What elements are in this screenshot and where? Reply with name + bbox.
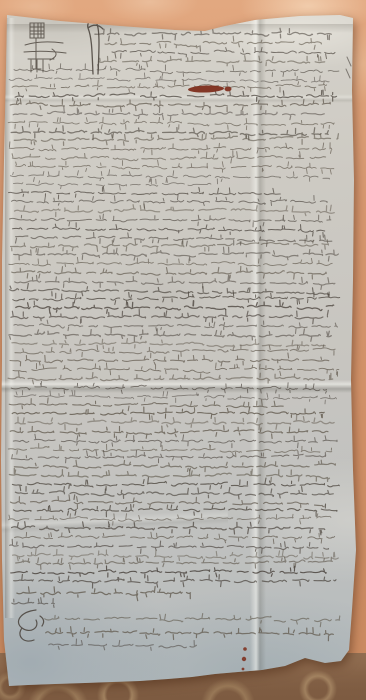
manuscript-text-line	[14, 390, 336, 404]
manuscript-text-line	[14, 575, 336, 589]
manuscript-text-line	[14, 247, 339, 261]
manuscript-text-line	[14, 64, 339, 77]
manuscript-text-line	[15, 90, 336, 101]
manuscript-text-line	[11, 381, 326, 393]
manuscript-text-line	[9, 257, 333, 266]
manuscript-text-line	[12, 267, 326, 280]
seal-hole	[242, 657, 246, 661]
manuscript-text-line-short	[12, 598, 55, 608]
manuscript-text-line	[9, 514, 331, 525]
manuscript-text-line	[12, 339, 325, 351]
manuscript-text-line	[12, 478, 339, 492]
ink-layer	[0, 0, 366, 700]
manuscript-text-line	[10, 214, 331, 227]
manuscript-text-line	[15, 487, 333, 500]
manuscript-text-line	[10, 539, 329, 553]
margin-slash	[347, 57, 351, 66]
manuscript-text-line	[15, 160, 334, 174]
manuscript-text-line	[13, 363, 339, 376]
manuscript-text-line	[112, 46, 335, 59]
manuscript-text-line	[11, 566, 326, 578]
manuscript-text-line	[8, 117, 334, 130]
manuscript-text-line	[105, 36, 321, 49]
manuscript-text-line	[9, 398, 283, 411]
parchment-sheet	[0, 0, 366, 700]
opening-initial	[88, 21, 103, 74]
subscription-text-line	[45, 614, 340, 627]
manuscript-text-line	[8, 372, 333, 384]
manuscript-text-line	[15, 415, 334, 429]
manuscript-photograph	[0, 0, 366, 700]
seal-hole	[243, 647, 247, 651]
manuscript-text-line	[16, 557, 333, 569]
manuscript-text-line	[99, 56, 325, 67]
subscription-text-line	[46, 627, 334, 641]
manuscript-text-line	[10, 170, 329, 184]
manuscript-text-line	[12, 151, 326, 163]
notarial-sign	[24, 23, 66, 72]
manuscript-text-line	[11, 310, 328, 324]
manuscript-text-line	[9, 328, 331, 341]
manuscript-text-line	[9, 73, 329, 83]
manuscript-text-line	[12, 522, 325, 535]
manuscript-text-line	[13, 434, 337, 447]
manuscript-text-line	[14, 133, 338, 146]
manuscript-text-line	[16, 300, 334, 313]
manuscript-text-line	[9, 142, 332, 155]
subscription-text-line	[49, 639, 197, 650]
manuscript-text-line	[12, 80, 327, 92]
manuscript-text-line	[10, 99, 330, 112]
manuscript-text-line	[9, 468, 329, 481]
manuscript-text-line	[10, 353, 329, 366]
manuscript-text-line	[15, 532, 335, 544]
manuscript-text-line	[95, 28, 331, 40]
manuscript-text-line	[8, 444, 331, 457]
parchment-shadow-wrap	[0, 0, 366, 700]
manuscript-text-line-short	[17, 587, 191, 601]
subscription-initial	[18, 610, 43, 641]
manuscript-text-line	[14, 320, 338, 333]
seal-hole	[242, 668, 245, 671]
manuscript-text-line	[11, 495, 325, 509]
manuscript-text-line	[10, 426, 328, 439]
margin-slash	[346, 69, 350, 78]
manuscript-text-line	[13, 223, 325, 237]
manuscript-text-line	[15, 275, 335, 289]
manuscript-text-line	[10, 284, 329, 298]
manuscript-text-line	[13, 178, 211, 190]
manuscript-text-line	[14, 504, 337, 517]
manuscript-text-line	[9, 186, 281, 199]
manuscript-text-line	[15, 204, 335, 217]
manuscript-text-line	[12, 407, 324, 419]
